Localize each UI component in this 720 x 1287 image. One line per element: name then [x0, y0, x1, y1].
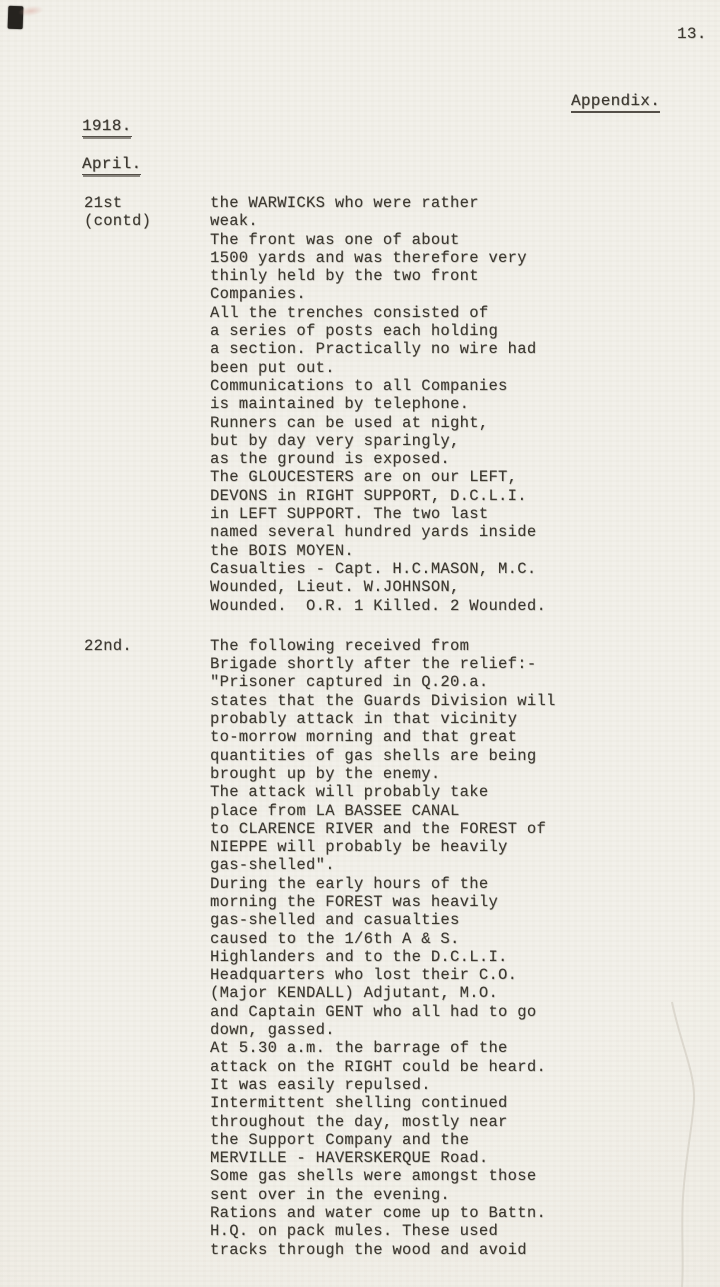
entry-date: 22nd. — [84, 637, 210, 655]
entry-body: The following received fromBrigade short… — [210, 637, 694, 1259]
typed-line: is maintained by telephone. — [210, 395, 694, 413]
appendix-heading: Appendix. — [571, 92, 660, 113]
typed-line: MERVILLE - HAVERSKERQUE Road. — [210, 1149, 694, 1167]
entry-date: 21st(contd) — [84, 194, 210, 231]
typed-line: thinly held by the two front — [210, 267, 694, 285]
typed-line: 21st — [84, 194, 210, 212]
typed-line: place from LA BASSEE CANAL — [210, 802, 694, 820]
typed-line: (Major KENDALL) Adjutant, M.O. — [210, 984, 694, 1002]
typed-line: to-morrow morning and that great — [210, 728, 694, 746]
typed-line: the WARWICKS who were rather — [210, 194, 694, 212]
paper-smudge — [17, 4, 44, 18]
typed-line: a series of posts each holding — [210, 322, 694, 340]
typed-line: Intermittent shelling continued — [210, 1094, 694, 1112]
typed-line: Casualties - Capt. H.C.MASON, M.C. — [210, 560, 694, 578]
typed-line: quantities of gas shells are being — [210, 747, 694, 765]
typed-line: as the ground is exposed. — [210, 450, 694, 468]
typed-line: Companies. — [210, 285, 694, 303]
typed-line: At 5.30 a.m. the barrage of the — [210, 1039, 694, 1057]
typed-line: caused to the 1/6th A & S. — [210, 930, 694, 948]
typed-line: Communications to all Companies — [210, 377, 694, 395]
diary-entry: 22nd. The following received fromBrigade… — [84, 637, 694, 1259]
month-heading: April. — [82, 155, 141, 175]
typed-line: weak. — [210, 212, 694, 230]
typed-line: tracks through the wood and avoid — [210, 1241, 694, 1259]
typed-line: Highlanders and to the D.C.L.I. — [210, 948, 694, 966]
typed-line: Rations and water come up to Battn. — [210, 1204, 694, 1222]
typed-line: NIEPPE will probably be heavily — [210, 838, 694, 856]
typed-line: Wounded, Lieut. W.JOHNSON, — [210, 578, 694, 596]
typed-line: throughout the day, mostly near — [210, 1113, 694, 1131]
typed-line: named several hundred yards inside — [210, 523, 694, 541]
page-number: 13. — [677, 25, 707, 43]
entry-body: the WARWICKS who were ratherweak.The fro… — [210, 194, 694, 615]
typed-line: down, gassed. — [210, 1021, 694, 1039]
typed-line: All the trenches consisted of — [210, 304, 694, 322]
typed-line: Brigade shortly after the relief:- — [210, 655, 694, 673]
typed-line: sent over in the evening. — [210, 1186, 694, 1204]
typed-line: but by day very sparingly, — [210, 432, 694, 450]
typed-line: During the early hours of the — [210, 875, 694, 893]
typed-line: in LEFT SUPPORT. The two last — [210, 505, 694, 523]
typed-line: Runners can be used at night, — [210, 414, 694, 432]
year-heading: 1918. — [82, 117, 132, 137]
typed-line: Wounded. O.R. 1 Killed. 2 Wounded. — [210, 597, 694, 615]
scanned-diary-page: 13. Appendix. 1918. April. 21st(contd) t… — [0, 0, 720, 1287]
typed-line: Headquarters who lost their C.O. — [210, 966, 694, 984]
typed-line: the BOIS MOYEN. — [210, 542, 694, 560]
typed-line: a section. Practically no wire had — [210, 340, 694, 358]
typed-line: It was easily repulsed. — [210, 1076, 694, 1094]
typed-line: 22nd. — [84, 637, 210, 655]
typed-line: brought up by the enemy. — [210, 765, 694, 783]
typed-line: The GLOUCESTERS are on our LEFT, — [210, 468, 694, 486]
typed-line: attack on the RIGHT could be heard. — [210, 1058, 694, 1076]
entries: 21st(contd) the WARWICKS who were rather… — [84, 194, 694, 1281]
typed-line: to CLARENCE RIVER and the FOREST of — [210, 820, 694, 838]
typed-line: Some gas shells were amongst those — [210, 1167, 694, 1185]
typed-line: "Prisoner captured in Q.20.a. — [210, 673, 694, 691]
typed-line: H.Q. on pack mules. These used — [210, 1222, 694, 1240]
typed-line: (contd) — [84, 212, 210, 230]
typed-line: The front was one of about — [210, 231, 694, 249]
typed-line: the Support Company and the — [210, 1131, 694, 1149]
diary-entry: 21st(contd) the WARWICKS who were rather… — [84, 194, 694, 615]
typed-line: probably attack in that vicinity — [210, 710, 694, 728]
typed-line: been put out. — [210, 359, 694, 377]
typed-line: gas-shelled and casualties — [210, 911, 694, 929]
typed-line: states that the Guards Division will — [210, 692, 694, 710]
typed-line: and Captain GENT who all had to go — [210, 1003, 694, 1021]
typed-line: 1500 yards and was therefore very — [210, 249, 694, 267]
typed-line: morning the FOREST was heavily — [210, 893, 694, 911]
typed-line: gas-shelled". — [210, 856, 694, 874]
typed-line: DEVONS in RIGHT SUPPORT, D.C.L.I. — [210, 487, 694, 505]
typed-line: The attack will probably take — [210, 783, 694, 801]
typed-line: The following received from — [210, 637, 694, 655]
